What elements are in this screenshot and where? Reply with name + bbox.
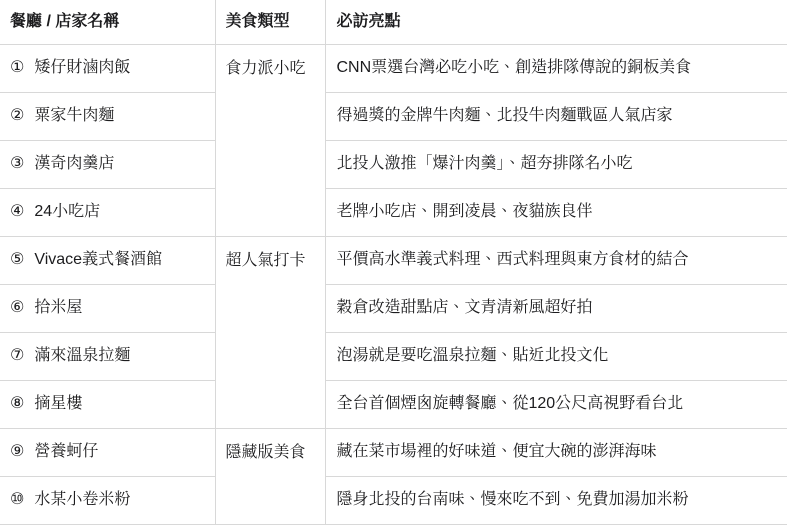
row-number: ⑩ [10,489,24,511]
restaurant-name: 摘星樓 [34,395,82,412]
restaurant-name-cell: ⑤Vivace義式餐酒館 [0,236,215,284]
restaurant-name: 拾米屋 [34,299,82,316]
restaurant-name-cell: ③漢奇肉羹店 [0,140,215,188]
restaurant-name: Vivace義式餐酒館 [34,251,162,268]
restaurant-name-cell: ④24小吃店 [0,188,215,236]
table-row: ⑤Vivace義式餐酒館 超人氣打卡 平價高水準義式料理、西式料理與東方食材的結… [0,236,787,284]
highlight-cell: 泡湯就是要吃溫泉拉麵、貼近北投文化 [325,332,787,380]
restaurant-name: 營養蚵仔 [34,443,98,460]
restaurant-name: 矮仔財滷肉飯 [34,59,130,76]
restaurant-name: 水某小卷米粉 [34,491,130,508]
restaurant-name: 24小吃店 [34,203,100,220]
highlight-cell: 穀倉改造甜點店、文青清新風超好拍 [325,284,787,332]
row-number: ⑥ [10,297,24,319]
restaurant-name-cell: ①矮仔財滷肉飯 [0,44,215,92]
highlight-cell: CNN票選台灣必吃小吃、創造排隊傳說的銅板美食 [325,44,787,92]
highlight-cell: 平價高水準義式料理、西式料理與東方食材的結合 [325,236,787,284]
row-number: ① [10,57,24,79]
table-row: ⑩水某小卷米粉 隱身北投的台南味、慢來吃不到、免費加湯加米粉 [0,476,787,524]
restaurant-name: 粟家牛肉麵 [34,107,114,124]
header-restaurant-name: 餐廳 / 店家名稱 [0,0,215,44]
table-row: ⑦滿來溫泉拉麵 泡湯就是要吃溫泉拉麵、貼近北投文化 [0,332,787,380]
highlight-cell: 北投人激推「爆汁肉羹」、超夯排隊名小吃 [325,140,787,188]
highlight-cell: 隱身北投的台南味、慢來吃不到、免費加湯加米粉 [325,476,787,524]
category-cell: 超人氣打卡 [215,236,325,428]
highlight-cell: 老牌小吃店、開到凌晨、夜貓族良伴 [325,188,787,236]
highlight-cell: 藏在菜市場裡的好味道、便宜大碗的澎湃海味 [325,428,787,476]
table-row: ⑧摘星樓 全台首個煙囪旋轉餐廳、從120公尺高視野看台北 [0,380,787,428]
row-number: ④ [10,201,24,223]
row-number: ⑦ [10,345,24,367]
row-number: ③ [10,153,24,175]
category-cell: 食力派小吃 [215,44,325,236]
row-number: ⑤ [10,249,24,271]
table-row: ①矮仔財滷肉飯 食力派小吃 CNN票選台灣必吃小吃、創造排隊傳說的銅板美食 [0,44,787,92]
table-row: ②粟家牛肉麵 得過獎的金牌牛肉麵、北投牛肉麵戰區人氣店家 [0,92,787,140]
row-number: ② [10,105,24,127]
table-row: ④24小吃店 老牌小吃店、開到凌晨、夜貓族良伴 [0,188,787,236]
restaurant-name-cell: ⑥拾米屋 [0,284,215,332]
header-highlights: 必訪亮點 [325,0,787,44]
category-cell: 隱藏版美食 [215,428,325,524]
header-food-type: 美食類型 [215,0,325,44]
restaurant-name-cell: ⑧摘星樓 [0,380,215,428]
highlight-cell: 全台首個煙囪旋轉餐廳、從120公尺高視野看台北 [325,380,787,428]
restaurant-table: 餐廳 / 店家名稱 美食類型 必訪亮點 ①矮仔財滷肉飯 食力派小吃 CNN票選台… [0,0,787,525]
table-row: ⑥拾米屋 穀倉改造甜點店、文青清新風超好拍 [0,284,787,332]
row-number: ⑧ [10,393,24,415]
restaurant-name: 滿來溫泉拉麵 [34,347,130,364]
row-number: ⑨ [10,441,24,463]
table-header-row: 餐廳 / 店家名稱 美食類型 必訪亮點 [0,0,787,44]
restaurant-name-cell: ⑨營養蚵仔 [0,428,215,476]
restaurant-name-cell: ②粟家牛肉麵 [0,92,215,140]
table-row: ⑨營養蚵仔 隱藏版美食 藏在菜市場裡的好味道、便宜大碗的澎湃海味 [0,428,787,476]
restaurant-name: 漢奇肉羹店 [34,155,114,172]
highlight-cell: 得過獎的金牌牛肉麵、北投牛肉麵戰區人氣店家 [325,92,787,140]
restaurant-name-cell: ⑦滿來溫泉拉麵 [0,332,215,380]
table-row: ③漢奇肉羹店 北投人激推「爆汁肉羹」、超夯排隊名小吃 [0,140,787,188]
restaurant-name-cell: ⑩水某小卷米粉 [0,476,215,524]
